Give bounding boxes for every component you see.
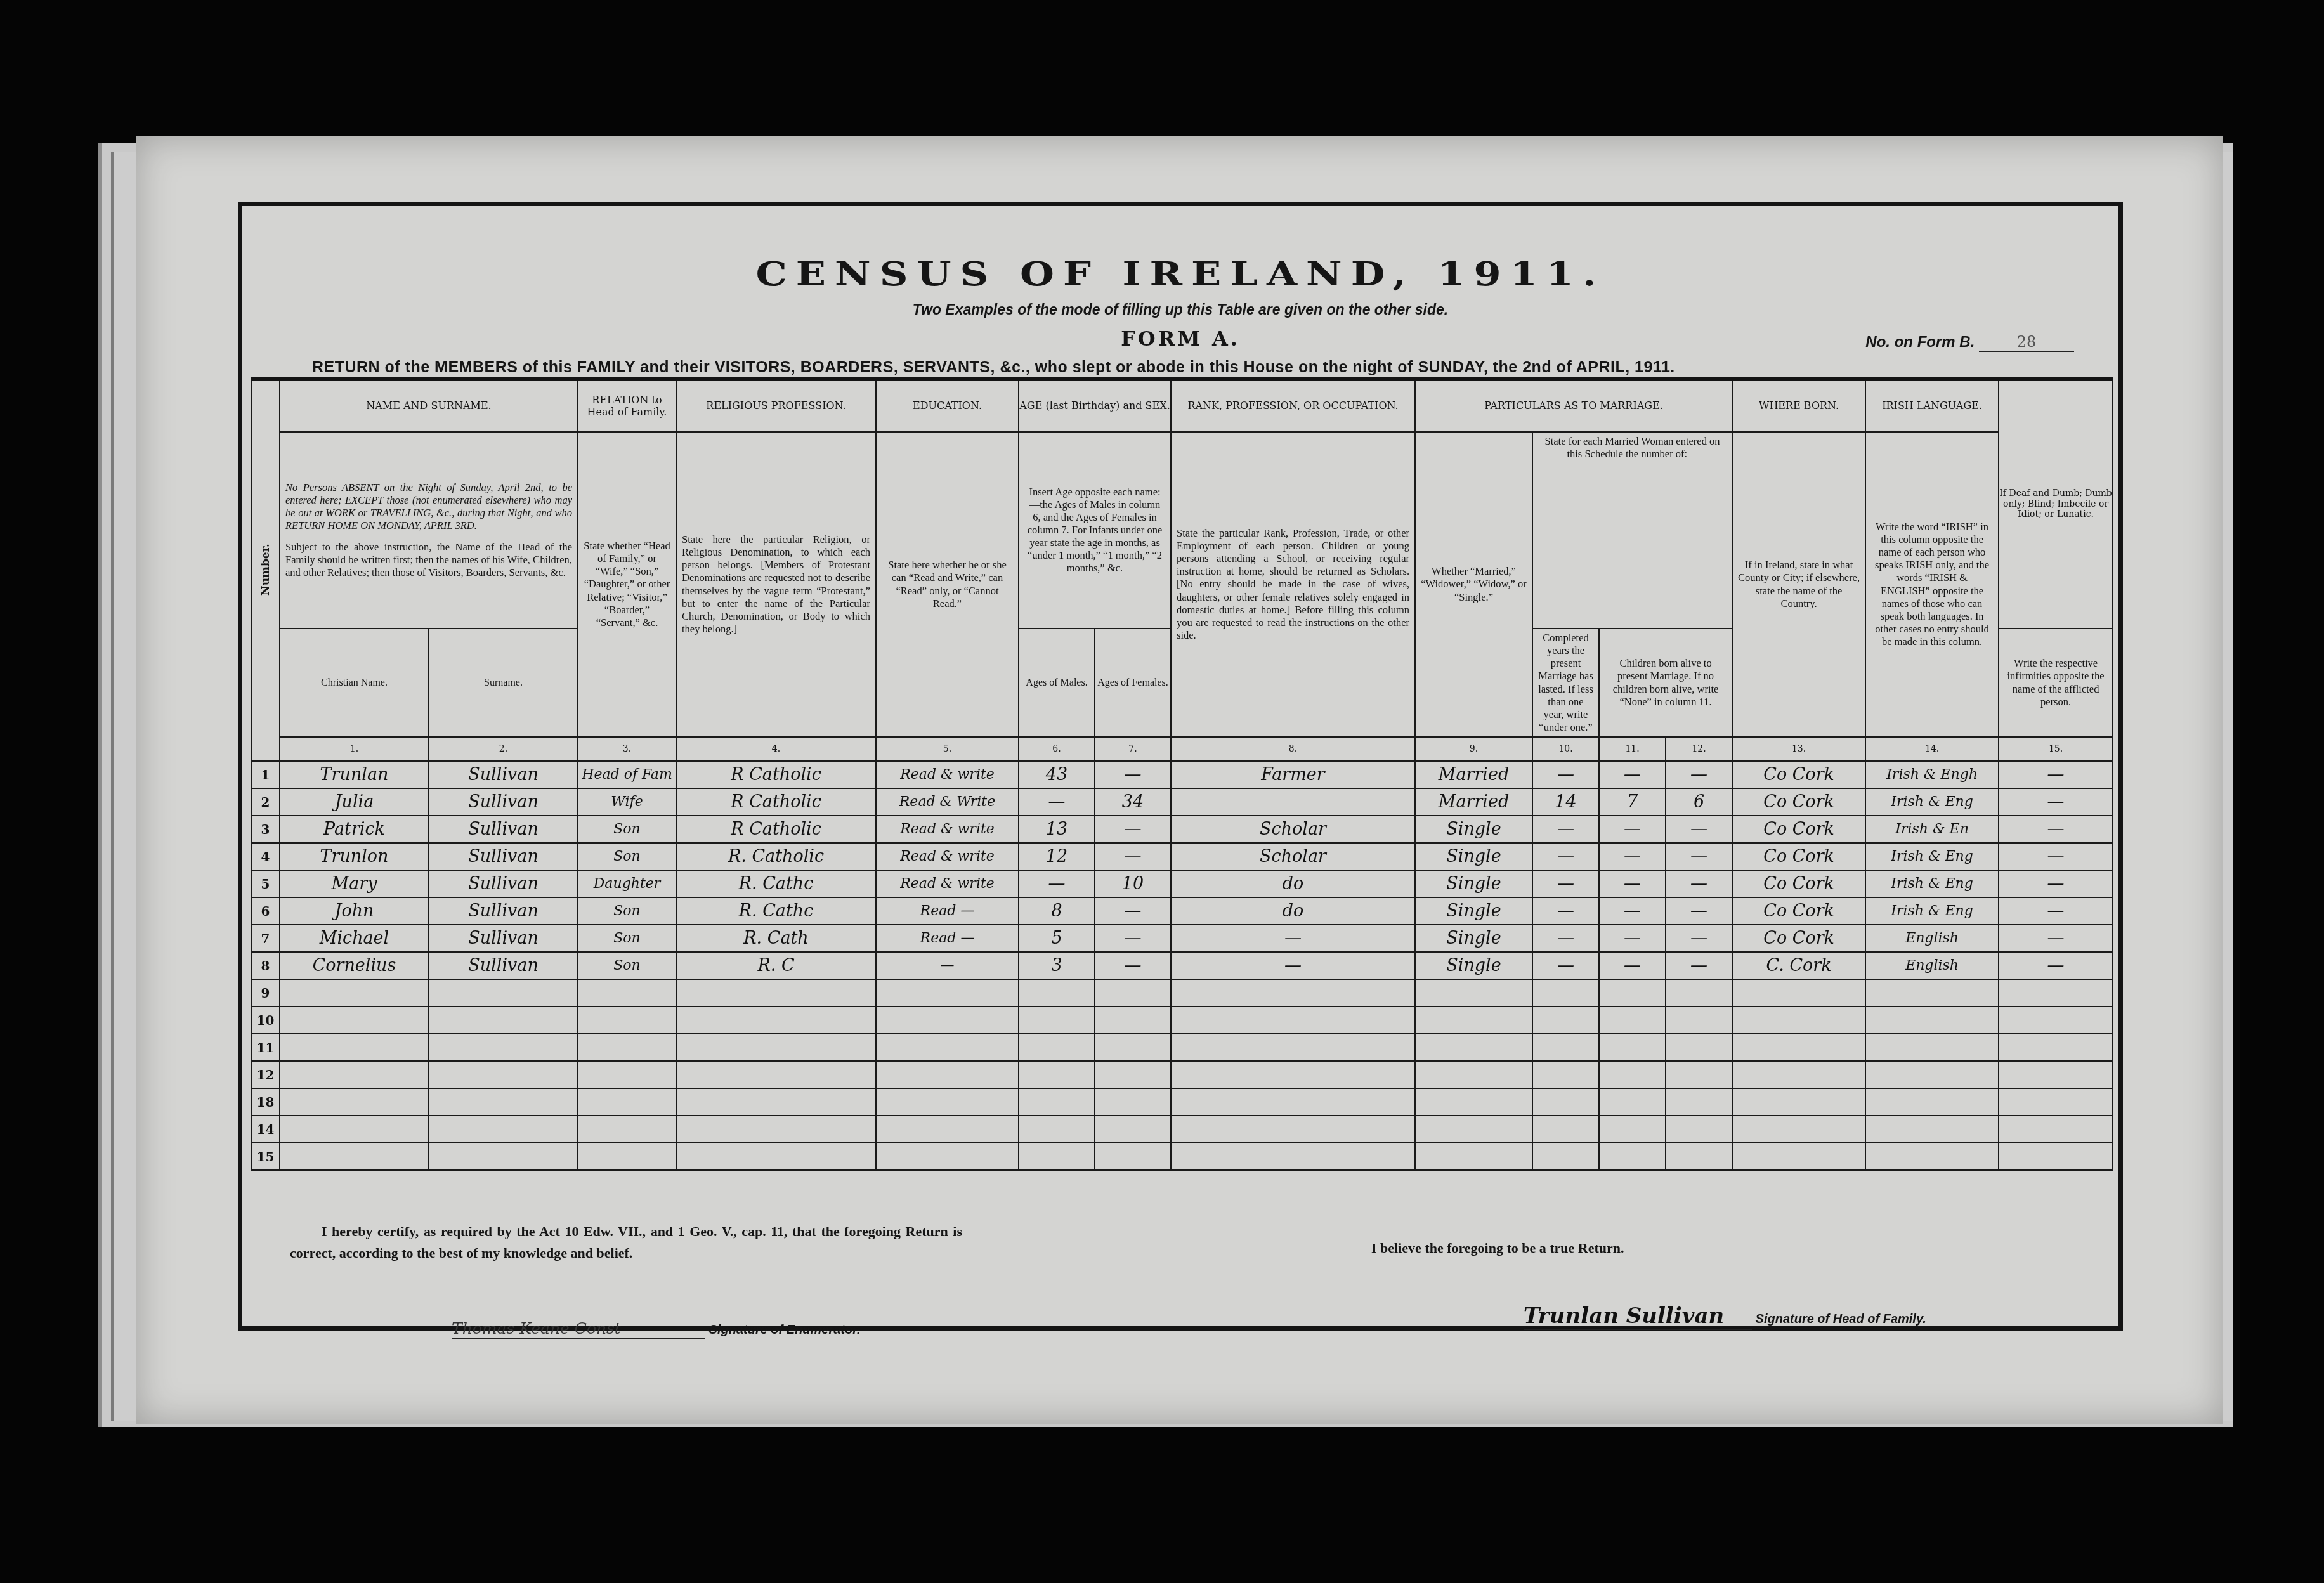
form-b-label: No. on Form B. — [1865, 334, 1975, 351]
col-num-9: 9. — [1415, 737, 1532, 761]
religion-cell: R. Cathc — [676, 897, 876, 925]
education-cell — [876, 1116, 1019, 1143]
education-cell: Read & write — [876, 816, 1019, 843]
ages-females-header: Ages of Females. — [1095, 629, 1171, 737]
form-title: CENSUS OF IRELAND, 1911. — [242, 254, 2118, 293]
total-children-cell — [1599, 1143, 1666, 1170]
table-row: 6 John Sullivan Son R. Cathc Read — 8 — … — [251, 897, 2113, 925]
occupation-cell — [1171, 1116, 1415, 1143]
age-female-cell — [1095, 1034, 1171, 1061]
where-born-cell: Co Cork — [1732, 816, 1865, 843]
years-married-cell: — — [1532, 870, 1599, 897]
age-female-cell — [1095, 1006, 1171, 1034]
age-female-cell: — — [1095, 843, 1171, 870]
religion-header: RELIGIOUS PROFESSION. — [676, 379, 876, 433]
row-number: 7 — [251, 925, 280, 952]
where-born-header: WHERE BORN. — [1732, 379, 1865, 433]
years-married-cell: — — [1532, 816, 1599, 843]
surname-cell — [429, 1116, 578, 1143]
infirmities-cell: — — [1999, 761, 2113, 788]
surname-cell: Sullivan — [429, 952, 578, 979]
infirmities-cell — [1999, 1116, 2113, 1143]
religion-cell — [676, 1006, 876, 1034]
form-b-value: 28 — [1979, 333, 2074, 352]
irish-language-cell — [1865, 1061, 1999, 1088]
where-born-cell — [1732, 1061, 1865, 1088]
marital-status-cell: Single — [1415, 925, 1532, 952]
col-num-4: 4. — [676, 737, 876, 761]
row-number: 6 — [251, 897, 280, 925]
surname-cell: Sullivan — [429, 816, 578, 843]
form-name: FORM A. — [242, 327, 2118, 351]
col-num-11: 11. — [1599, 737, 1666, 761]
irish-language-cell: Irish & Eng — [1865, 870, 1999, 897]
total-children-cell — [1599, 979, 1666, 1006]
age-male-cell: 13 — [1019, 816, 1095, 843]
row-number: 15 — [251, 1143, 280, 1170]
age-header: AGE (last Birthday) and SEX. — [1019, 379, 1171, 433]
table-row: 12 — [251, 1061, 2113, 1088]
where-born-cell — [1732, 1143, 1865, 1170]
table-row: 8 Cornelius Sullivan Son R. C — 3 — — Si… — [251, 952, 2113, 979]
head-signature-label: Signature of Head of Family. — [1756, 1312, 1926, 1326]
relation-cell: Son — [578, 843, 676, 870]
irish-language-cell — [1865, 979, 1999, 1006]
christian-name-cell: Mary — [280, 870, 429, 897]
occupation-header: RANK, PROFESSION, OR OCCUPATION. — [1171, 379, 1415, 433]
education-cell — [876, 1143, 1019, 1170]
total-children-cell: — — [1599, 897, 1666, 925]
total-children-cell — [1599, 1006, 1666, 1034]
christian-name-cell: Julia — [280, 788, 429, 816]
christian-name-cell: Trunlan — [280, 761, 429, 788]
ages-males-header: Ages of Males. — [1019, 629, 1095, 737]
irish-language-cell — [1865, 1116, 1999, 1143]
enumerator-signature: Thomas Keane Const — [452, 1319, 705, 1339]
age-male-cell — [1019, 979, 1095, 1006]
marital-status-cell: Single — [1415, 870, 1532, 897]
education-cell: — — [876, 952, 1019, 979]
relation-cell — [578, 1116, 676, 1143]
total-children-cell — [1599, 1116, 1666, 1143]
irish-instructions: Write the word “IRISH” in this column op… — [1865, 432, 1999, 737]
occupation-cell: — — [1171, 925, 1415, 952]
total-children-cell: — — [1599, 816, 1666, 843]
row-number: 12 — [251, 1061, 280, 1088]
education-cell — [876, 979, 1019, 1006]
children-living-cell: — — [1666, 897, 1732, 925]
table-row: 3 Patrick Sullivan Son R Catholic Read &… — [251, 816, 2113, 843]
irish-language-cell: Irish & Eng — [1865, 897, 1999, 925]
infirmities-cell: — — [1999, 897, 2113, 925]
years-married-cell — [1532, 979, 1599, 1006]
religion-cell: R. Cathc — [676, 870, 876, 897]
surname-cell: Sullivan — [429, 761, 578, 788]
col-num-13: 13. — [1732, 737, 1865, 761]
religion-cell: R. C — [676, 952, 876, 979]
years-married-cell: — — [1532, 843, 1599, 870]
relation-cell: Son — [578, 925, 676, 952]
where-born-cell — [1732, 1006, 1865, 1034]
children-living-cell — [1666, 1143, 1732, 1170]
col-num-14: 14. — [1865, 737, 1999, 761]
infirmities-cell — [1999, 979, 2113, 1006]
row-number: 1 — [251, 761, 280, 788]
christian-name-cell — [280, 1143, 429, 1170]
col-num-12: 12. — [1666, 737, 1732, 761]
row-number: 18 — [251, 1088, 280, 1116]
relation-cell — [578, 1143, 676, 1170]
surname-cell — [429, 979, 578, 1006]
return-instruction: RETURN of the MEMBERS of this FAMILY and… — [312, 358, 2093, 377]
age-female-cell — [1095, 1088, 1171, 1116]
irish-language-cell: Irish & En — [1865, 816, 1999, 843]
where-born-cell: Co Cork — [1732, 788, 1865, 816]
education-instructions: State here whether he or she can “Read a… — [876, 432, 1019, 737]
total-children-cell: — — [1599, 761, 1666, 788]
occupation-cell — [1171, 1061, 1415, 1088]
education-cell — [876, 1006, 1019, 1034]
religion-cell — [676, 1034, 876, 1061]
enumerator-signature-block: Thomas Keane Const Signature of Enumerat… — [452, 1319, 861, 1339]
where-born-instructions: If in Ireland, state in what County or C… — [1732, 432, 1865, 737]
table-row: 9 — [251, 979, 2113, 1006]
education-cell — [876, 1061, 1019, 1088]
row-number: 5 — [251, 870, 280, 897]
table-row: 2 Julia Sullivan Wife R Catholic Read & … — [251, 788, 2113, 816]
row-number: 2 — [251, 788, 280, 816]
age-male-cell: 3 — [1019, 952, 1095, 979]
relation-cell — [578, 1061, 676, 1088]
surname-cell — [429, 1006, 578, 1034]
christian-name-cell — [280, 979, 429, 1006]
education-cell: Read — — [876, 897, 1019, 925]
age-male-cell: 8 — [1019, 897, 1095, 925]
irish-language-cell — [1865, 1034, 1999, 1061]
enumerator-certification: I hereby certify, as required by the Act… — [290, 1221, 962, 1264]
years-married-cell — [1532, 1006, 1599, 1034]
occupation-cell: — — [1171, 952, 1415, 979]
name-instructions: No Persons ABSENT on the Night of Sunday… — [280, 432, 578, 629]
christian-name-cell: Michael — [280, 925, 429, 952]
age-instructions: Insert Age opposite each name:—the Ages … — [1019, 432, 1171, 629]
infirmities-cell — [1999, 1006, 2113, 1034]
table-row: 10 — [251, 1006, 2113, 1034]
table-row: 18 — [251, 1088, 2113, 1116]
marital-status-cell — [1415, 1116, 1532, 1143]
age-male-cell: 12 — [1019, 843, 1095, 870]
age-male-cell — [1019, 1006, 1095, 1034]
table-row: 7 Michael Sullivan Son R. Cath Read — 5 … — [251, 925, 2113, 952]
col-num-15: 15. — [1999, 737, 2113, 761]
marital-status-cell: Single — [1415, 816, 1532, 843]
age-female-cell: 34 — [1095, 788, 1171, 816]
infirmities-cell: — — [1999, 816, 2113, 843]
row-number: 10 — [251, 1006, 280, 1034]
christian-name-cell: Patrick — [280, 816, 429, 843]
marital-status-cell — [1415, 979, 1532, 1006]
years-married-cell: — — [1532, 761, 1599, 788]
occupation-cell — [1171, 1088, 1415, 1116]
children-instructions: Children born alive to present Marriage.… — [1599, 629, 1732, 737]
age-male-cell: — — [1019, 870, 1095, 897]
occupation-cell: do — [1171, 870, 1415, 897]
col-num-7: 7. — [1095, 737, 1171, 761]
age-male-cell — [1019, 1116, 1095, 1143]
infirmities-cell: — — [1999, 788, 2113, 816]
education-cell: Read & write — [876, 843, 1019, 870]
relation-cell: Son — [578, 816, 676, 843]
relation-cell: Daughter — [578, 870, 676, 897]
education-cell — [876, 1034, 1019, 1061]
relation-cell: Son — [578, 952, 676, 979]
irish-language-cell: Irish & Engh — [1865, 761, 1999, 788]
religion-cell — [676, 1088, 876, 1116]
infirmities-cell — [1999, 1034, 2113, 1061]
years-married-cell: — — [1532, 897, 1599, 925]
occupation-cell — [1171, 788, 1415, 816]
age-female-cell: — — [1095, 761, 1171, 788]
col-num-10: 10. — [1532, 737, 1599, 761]
total-children-cell: 7 — [1599, 788, 1666, 816]
surname-cell: Sullivan — [429, 788, 578, 816]
enumerator-signature-label: Signature of Enumerator. — [709, 1323, 861, 1337]
marital-status-cell: Single — [1415, 952, 1532, 979]
form-subtitle: Two Examples of the mode of filling up t… — [242, 301, 2118, 318]
children-living-cell: — — [1666, 925, 1732, 952]
surname-cell: Sullivan — [429, 897, 578, 925]
children-living-cell — [1666, 1061, 1732, 1088]
relation-cell: Son — [578, 897, 676, 925]
total-children-cell: — — [1599, 925, 1666, 952]
children-living-cell: — — [1666, 870, 1732, 897]
where-born-cell — [1732, 1088, 1865, 1116]
occupation-cell — [1171, 979, 1415, 1006]
surname-cell: Sullivan — [429, 843, 578, 870]
total-children-cell: — — [1599, 952, 1666, 979]
religion-instructions: State here the particular Religion, or R… — [676, 432, 876, 737]
relation-instructions: State whether “Head of Family,” or “Wife… — [578, 432, 676, 737]
years-married-cell — [1532, 1061, 1599, 1088]
years-married-cell — [1532, 1034, 1599, 1061]
row-number: 8 — [251, 952, 280, 979]
age-female-cell: — — [1095, 925, 1171, 952]
table-row: 11 — [251, 1034, 2113, 1061]
marital-status-instructions: Whether “Married,” “Widower,” “Widow,” o… — [1415, 432, 1532, 737]
religion-cell: R Catholic — [676, 761, 876, 788]
children-living-cell: — — [1666, 816, 1732, 843]
children-living-cell — [1666, 1088, 1732, 1116]
years-married-instructions: Completed years the present Marriage has… — [1532, 629, 1599, 737]
total-children-cell — [1599, 1061, 1666, 1088]
religion-cell: R. Cath — [676, 925, 876, 952]
religion-cell: R. Catholic — [676, 843, 876, 870]
row-number: 4 — [251, 843, 280, 870]
marriage-header: PARTICULARS AS TO MARRIAGE. — [1415, 379, 1732, 433]
where-born-cell: Co Cork — [1732, 897, 1865, 925]
children-living-cell: — — [1666, 843, 1732, 870]
education-cell — [876, 1088, 1019, 1116]
occupation-cell: Farmer — [1171, 761, 1415, 788]
age-male-cell — [1019, 1061, 1095, 1088]
irish-language-cell: English — [1865, 952, 1999, 979]
col-num-8: 8. — [1171, 737, 1415, 761]
christian-name-cell: Trunlon — [280, 843, 429, 870]
children-living-cell — [1666, 1116, 1732, 1143]
col-num-1: 1. — [280, 737, 429, 761]
irish-language-cell — [1865, 1006, 1999, 1034]
religion-cell — [676, 979, 876, 1006]
age-male-cell: 43 — [1019, 761, 1095, 788]
number-header: Number. — [251, 379, 280, 762]
education-cell: Read & Write — [876, 788, 1019, 816]
children-living-cell — [1666, 1034, 1732, 1061]
christian-name-cell — [280, 1061, 429, 1088]
infirmities-instructions: Write the respective infirmities opposit… — [1999, 629, 2113, 737]
infirmities-cell: — — [1999, 843, 2113, 870]
relation-cell — [578, 1088, 676, 1116]
age-male-cell — [1019, 1143, 1095, 1170]
christian-name-cell — [280, 1006, 429, 1034]
relation-cell: Wife — [578, 788, 676, 816]
infirmities-cell — [1999, 1143, 2113, 1170]
age-female-cell — [1095, 1116, 1171, 1143]
infirmities-cell — [1999, 1088, 2113, 1116]
marital-status-cell — [1415, 1061, 1532, 1088]
age-male-cell: — — [1019, 788, 1095, 816]
where-born-cell — [1732, 1034, 1865, 1061]
christian-name-cell — [280, 1116, 429, 1143]
occupation-cell — [1171, 1034, 1415, 1061]
infirmities-cell: — — [1999, 925, 2113, 952]
row-number: 9 — [251, 979, 280, 1006]
religion-cell — [676, 1116, 876, 1143]
religion-cell: R Catholic — [676, 788, 876, 816]
name-surname-header: NAME AND SURNAME. — [280, 379, 578, 433]
marital-status-cell — [1415, 1088, 1532, 1116]
infirmities-header: If Deaf and Dumb; Dumb only; Blind; Imbe… — [1999, 379, 2113, 629]
where-born-cell: Co Cork — [1732, 925, 1865, 952]
surname-cell — [429, 1143, 578, 1170]
infirmities-cell — [1999, 1061, 2113, 1088]
col-num-2: 2. — [429, 737, 578, 761]
education-cell: Read & write — [876, 761, 1019, 788]
age-male-cell — [1019, 1034, 1095, 1061]
relation-cell — [578, 1006, 676, 1034]
age-female-cell: — — [1095, 897, 1171, 925]
children-living-cell: — — [1666, 952, 1732, 979]
surname-cell — [429, 1034, 578, 1061]
occupation-cell — [1171, 1006, 1415, 1034]
christian-name-header: Christian Name. — [280, 629, 429, 737]
irish-language-cell: English — [1865, 925, 1999, 952]
table-row: 5 Mary Sullivan Daughter R. Cathc Read &… — [251, 870, 2113, 897]
years-married-cell: — — [1532, 952, 1599, 979]
christian-name-cell — [280, 1034, 429, 1061]
relation-header: RELATION to Head of Family. — [578, 379, 676, 433]
religion-cell — [676, 1061, 876, 1088]
form-frame: CENSUS OF IRELAND, 1911. Two Examples of… — [238, 202, 2123, 1331]
marital-status-cell — [1415, 1006, 1532, 1034]
education-cell: Read — — [876, 925, 1019, 952]
years-married-cell — [1532, 1088, 1599, 1116]
age-female-cell: 10 — [1095, 870, 1171, 897]
children-living-cell — [1666, 1006, 1732, 1034]
total-children-cell: — — [1599, 870, 1666, 897]
occupation-cell: Scholar — [1171, 816, 1415, 843]
form-b-number: No. on Form B. 28 — [1865, 333, 2074, 352]
head-declaration: I believe the foregoing to be a true Ret… — [1371, 1240, 1624, 1256]
row-number: 14 — [251, 1116, 280, 1143]
head-of-family-signature: Trunlan Sullivan — [1524, 1303, 1752, 1330]
education-cell: Read & write — [876, 870, 1019, 897]
religion-cell: R Catholic — [676, 816, 876, 843]
religion-cell — [676, 1143, 876, 1170]
age-female-cell: — — [1095, 816, 1171, 843]
christian-name-cell — [280, 1088, 429, 1116]
marital-status-cell: Married — [1415, 788, 1532, 816]
relation-cell — [578, 1034, 676, 1061]
marital-status-cell — [1415, 1034, 1532, 1061]
col-num-3: 3. — [578, 737, 676, 761]
marital-status-cell — [1415, 1143, 1532, 1170]
col-num-6: 6. — [1019, 737, 1095, 761]
irish-language-header: IRISH LANGUAGE. — [1865, 379, 1999, 433]
years-married-cell: — — [1532, 925, 1599, 952]
irish-language-cell — [1865, 1088, 1999, 1116]
where-born-cell: Co Cork — [1732, 870, 1865, 897]
irish-language-cell: Irish & Eng — [1865, 843, 1999, 870]
surname-cell: Sullivan — [429, 870, 578, 897]
marital-status-cell: Single — [1415, 897, 1532, 925]
occupation-cell: Scholar — [1171, 843, 1415, 870]
row-number: 11 — [251, 1034, 280, 1061]
where-born-cell: Co Cork — [1732, 761, 1865, 788]
age-male-cell — [1019, 1088, 1095, 1116]
head-signature-block: Trunlan Sullivan Signature of Head of Fa… — [1524, 1303, 1926, 1330]
irish-language-cell: Irish & Eng — [1865, 788, 1999, 816]
christian-name-cell: Cornelius — [280, 952, 429, 979]
years-married-cell — [1532, 1116, 1599, 1143]
infirmities-cell: — — [1999, 870, 2113, 897]
age-female-cell — [1095, 1061, 1171, 1088]
table-row: 14 — [251, 1116, 2113, 1143]
age-female-cell: — — [1095, 952, 1171, 979]
married-woman-instructions: State for each Married Woman entered on … — [1532, 432, 1732, 629]
years-married-cell — [1532, 1143, 1599, 1170]
irish-language-cell — [1865, 1143, 1999, 1170]
age-female-cell — [1095, 979, 1171, 1006]
children-living-cell: 6 — [1666, 788, 1732, 816]
row-number: 3 — [251, 816, 280, 843]
years-married-cell: 14 — [1532, 788, 1599, 816]
surname-header: Surname. — [429, 629, 578, 737]
total-children-cell: — — [1599, 843, 1666, 870]
table-row: 1 Trunlan Sullivan Head of Fam R Catholi… — [251, 761, 2113, 788]
age-female-cell — [1095, 1143, 1171, 1170]
relation-cell — [578, 979, 676, 1006]
census-table: Number. NAME AND SURNAME. RELATION to He… — [251, 377, 2113, 1171]
age-male-cell: 5 — [1019, 925, 1095, 952]
infirmities-cell: — — [1999, 952, 2113, 979]
marital-status-cell: Married — [1415, 761, 1532, 788]
education-header: EDUCATION. — [876, 379, 1019, 433]
occupation-instructions: State the particular Rank, Profession, T… — [1171, 432, 1415, 737]
where-born-cell — [1732, 979, 1865, 1006]
where-born-cell: Co Cork — [1732, 843, 1865, 870]
table-row: 4 Trunlon Sullivan Son R. Catholic Read … — [251, 843, 2113, 870]
occupation-cell: do — [1171, 897, 1415, 925]
